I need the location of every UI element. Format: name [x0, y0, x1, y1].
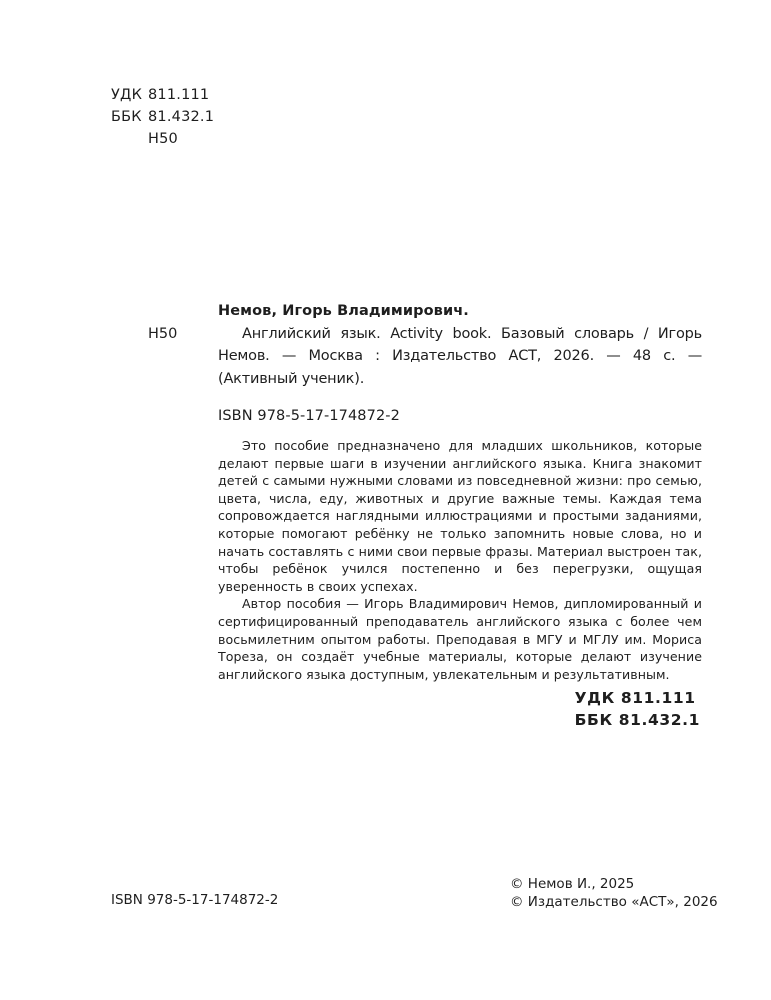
annotation-paragraph-book: Это пособие предназначено для младших шк… [218, 437, 702, 595]
bbk-value: 81.432.1 [148, 106, 214, 128]
imprint-page: УДК 811.111 ББК 81.432.1 Н50 Н50 Немов, … [0, 0, 771, 1000]
udk-row: УДК 811.111 [111, 84, 214, 106]
copyright-author: © Немов И., 2025 [510, 875, 718, 893]
footer-isbn: ISBN 978-5-17-174872-2 [111, 890, 278, 910]
annotation: Это пособие предназначено для младших шк… [218, 437, 702, 683]
bbk-label: ББК [111, 106, 148, 128]
udk-value: 811.111 [148, 84, 209, 106]
author-mark-row: Н50 [111, 128, 214, 150]
classification-bold: УДК 811.111 ББК 81.432.1 [575, 687, 700, 731]
classification-block: УДК 811.111 ББК 81.432.1 Н50 [111, 84, 214, 150]
udk-label: УДК [111, 84, 148, 106]
copyright-publisher: © Издательство «АСТ», 2026 [510, 893, 718, 911]
author-mark-top: Н50 [148, 128, 178, 150]
bbk-row: ББК 81.432.1 [111, 106, 214, 128]
udk-bold: УДК 811.111 [575, 687, 700, 709]
catalog-isbn: ISBN 978-5-17-174872-2 [218, 405, 702, 428]
bbk-bold: ББК 81.432.1 [575, 709, 700, 731]
author-heading: Немов, Игорь Владимирович. [218, 300, 702, 323]
annotation-paragraph-author: Автор пособия — Игорь Владимирович Немов… [218, 595, 702, 683]
copyright-block: © Немов И., 2025 © Издательство «АСТ», 2… [510, 875, 718, 911]
catalog-author-mark: Н50 [148, 323, 177, 345]
catalog-entry: Немов, Игорь Владимирович. Английский яз… [218, 300, 702, 428]
bibliographic-description: Английский язык. Activity book. Базовый … [218, 323, 702, 391]
